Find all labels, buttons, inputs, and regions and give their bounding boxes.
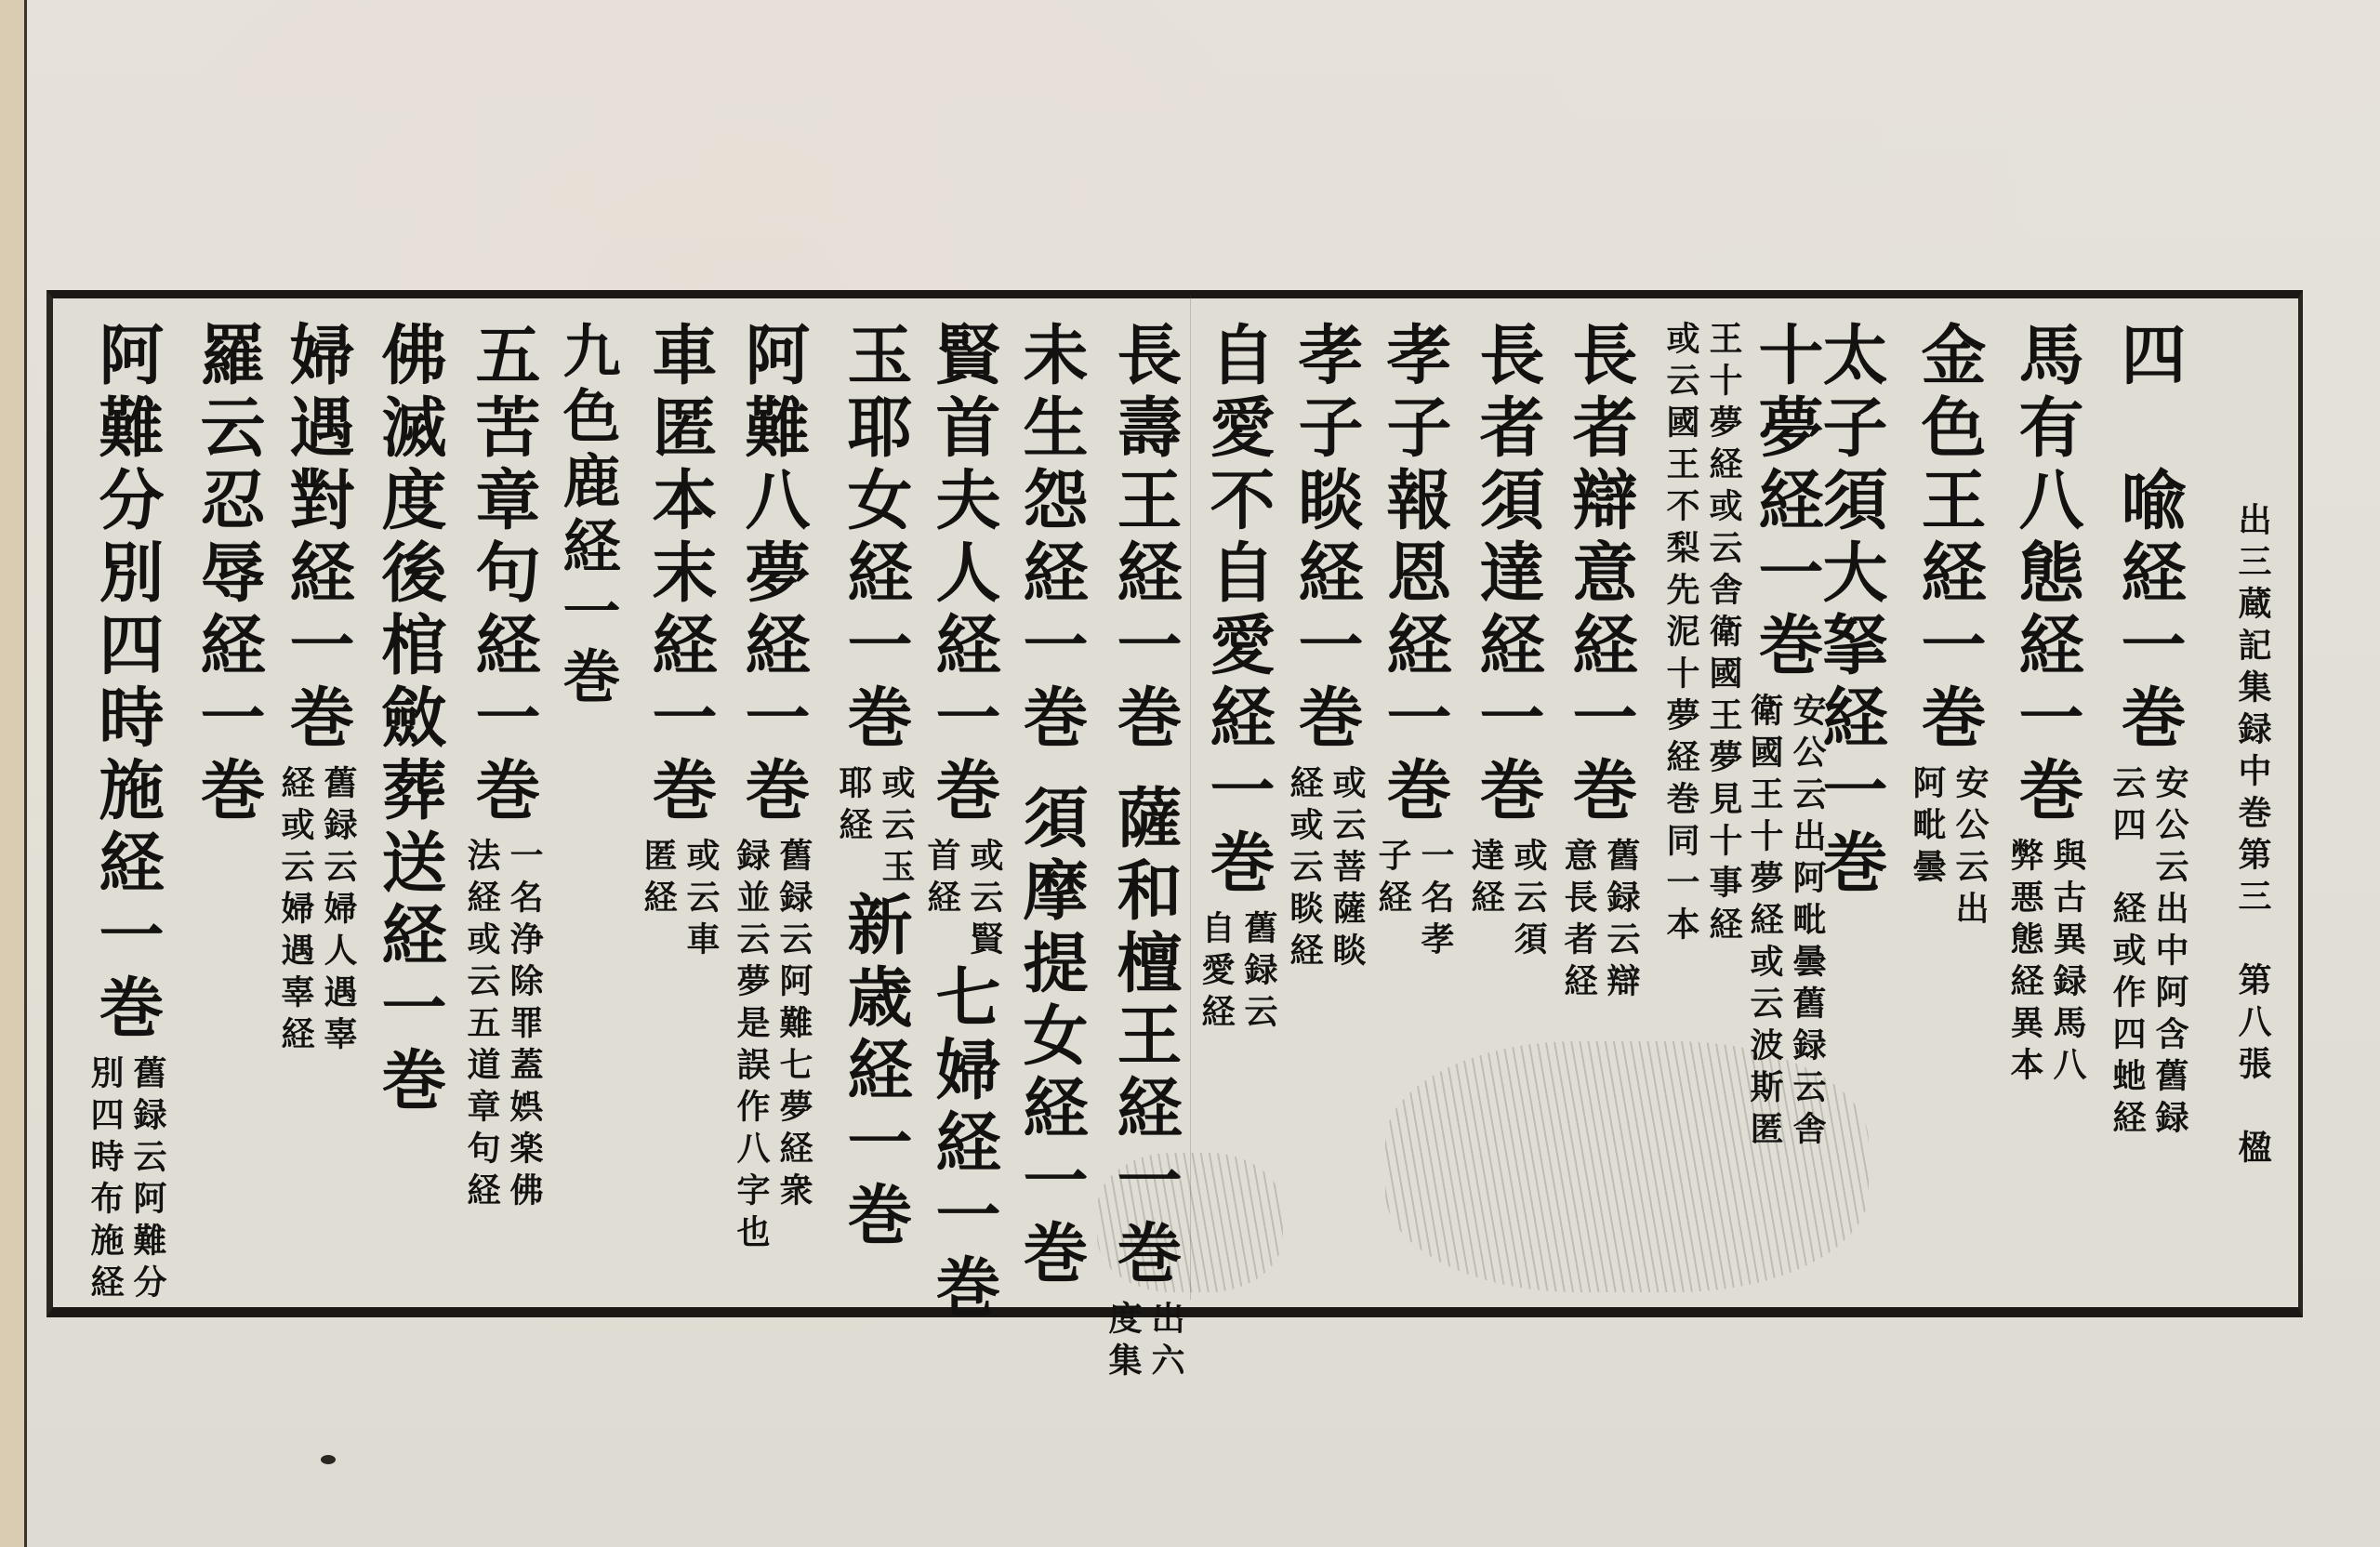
entry-note: 與古異録馬八 <box>2051 838 2084 1089</box>
entry-title: 阿難分別四時施経一巻 <box>94 321 159 1046</box>
entry-title: 佛滅度後棺斂葬送経一巻 <box>377 321 442 1118</box>
entry-note: 舊録云阿難七夢経衆 <box>777 838 811 1256</box>
entry-title: 七婦経一巻 <box>931 963 996 1326</box>
catalog-entry: 九色鹿経一巻 <box>558 321 615 711</box>
catalog-entry: 孝子報恩経一巻 一名孝 子経 <box>1376 321 1452 963</box>
entry-title: 賢首夫人経一巻 <box>931 321 996 828</box>
entry-note: 王十夢経或云舎衛國王夢見十事経 <box>1707 321 1740 948</box>
entry-note: 耶経 <box>837 765 870 891</box>
catalog-entry: 婦遇對経一巻 舊録云婦人遇辜 経或云婦遇辜経 <box>279 321 355 1058</box>
catalog-entry: 自愛不自愛経一巻 舊録云 自愛経 <box>1199 321 1276 1036</box>
catalog-entry: 長者須達経一巻 或云須 達経 <box>1469 321 1545 963</box>
entry-note: 或云車 <box>684 838 718 963</box>
entry-note: 経或云睒経 <box>1288 765 1321 974</box>
catalog-entry: 太子須大拏経一巻 <box>1818 321 1883 901</box>
entry-title: 四𧍧喩経一巻 <box>2116 321 2181 756</box>
entry-note: 録並云夢是誤作八字也 <box>734 838 768 1256</box>
entry-note: 自愛経 <box>1199 910 1233 1036</box>
entry-note: 弊悪態経異本 <box>2008 838 2042 1089</box>
entry-note: 衛國王十夢経或云波斯匿 <box>1748 693 1781 1153</box>
entry-note: 別四時布施経 <box>88 1055 122 1306</box>
catalog-entry: 孝子睒経一巻 或云菩薩睒 経或云睒経 <box>1288 321 1364 974</box>
entry-note: 舊録云婦人遇辜 <box>322 765 355 1058</box>
entry-note: 首経 <box>925 838 959 963</box>
entry-title: 羅云忍辱経一巻 <box>195 321 260 828</box>
entry-title: 孝子睒経一巻 <box>1293 321 1358 756</box>
entry-title: 車匿本末経一巻 <box>647 321 712 828</box>
entry-note: 或云菩薩睒 <box>1330 765 1364 974</box>
entry-note: 安公云出阿毗曇舊録云舎 <box>1791 693 1824 1153</box>
catalog-entry: 馬有八態経一巻 與古異録馬八 弊悪態経異本 <box>2008 321 2084 1089</box>
scanned-page: 出三蔵記集録中巻第三 第八張 楹 四𧍧喩経一巻 安公云出中阿含舊録 云四𧍧経或作… <box>0 0 2380 1547</box>
catalog-entry: 長者辯意経一巻 舊録云辯 意長者経 <box>1562 321 1638 1005</box>
entry-title: 自愛不自愛経一巻 <box>1205 321 1270 901</box>
entry-note: 度集 <box>1106 1301 1140 1384</box>
entry-note: 或云國王不梨先泥十夢経巻同一本 <box>1664 321 1698 948</box>
entry-title: 須摩提女経一巻 <box>1018 784 1083 1291</box>
entry-title: 長壽王経一巻 <box>1112 321 1177 756</box>
catalog-entry: 十夢経一巻 安公云出阿毗曇舊録云舎 衛國王十夢経或云波斯匿 王十夢経或云舎衛國王… <box>1664 321 1824 1153</box>
entry-note: 或云玉 <box>879 765 913 891</box>
entry-title: 新歳経一巻 <box>842 891 907 1253</box>
entry-title: 未生怨経一巻 <box>1018 321 1083 756</box>
catalog-entry: 阿難分別四時施経一巻 舊録云阿難分 別四時布施経 <box>88 321 165 1306</box>
entry-title: 馬有八態経一巻 <box>2014 321 2079 828</box>
entry-note: 一名浄除罪蓋娯楽佛 <box>508 838 541 1214</box>
entry-note: 出六 <box>1149 1301 1183 1384</box>
entry-title: 九色鹿経一巻 <box>558 321 615 711</box>
entry-note: 舊録云阿難分 <box>131 1055 165 1306</box>
catalog-entry: 長壽王経一巻 薩和檀王経一巻 出六 度集 <box>1106 321 1183 1384</box>
catalog-entry: 車匿本末経一巻 或云車 匿経 <box>641 321 718 963</box>
catalog-entry: 羅云忍辱経一巻 <box>195 321 260 828</box>
entry-note: 或云賢 <box>968 838 1001 963</box>
entry-note: 云四𧍧経或作四虵経 <box>2110 765 2144 1142</box>
margin-note: 出三蔵記集録中巻第三 第八張 楹 <box>2236 502 2269 1171</box>
entry-title: 五苦章句経一巻 <box>470 321 535 828</box>
entry-note: 安公云出中阿含舊録 <box>2153 765 2187 1142</box>
entry-title: 長者須達経一巻 <box>1474 321 1540 828</box>
entry-note: 阿毗曇 <box>1911 765 1944 932</box>
entry-note: 匿経 <box>641 838 675 963</box>
entry-note: 安公云出 <box>1953 765 1987 932</box>
entry-note: 子経 <box>1376 838 1409 963</box>
entry-note: 経或云婦遇辜経 <box>279 765 312 1058</box>
catalog-entry: 阿難八夢経一巻 舊録云阿難七夢経衆 録並云夢是誤作八字也 <box>734 321 811 1256</box>
entry-title: 太子須大拏経一巻 <box>1818 321 1883 901</box>
entry-title: 十夢経一巻 <box>1753 321 1818 683</box>
catalog-entry: 佛滅度後棺斂葬送経一巻 <box>377 321 442 1118</box>
catalog-entry: 五苦章句経一巻 一名浄除罪蓋娯楽佛 法経或云五道章句経 <box>465 321 541 1214</box>
entry-title: 玉耶女経一巻 <box>842 321 907 756</box>
catalog-entry: 玉耶女経一巻 或云玉 耶経 新歳経一巻 <box>837 321 913 1253</box>
entry-title: 金色王経一巻 <box>1916 321 1981 756</box>
catalog-entry: 四𧍧喩経一巻 安公云出中阿含舊録 云四𧍧経或作四虵経 <box>2110 321 2187 1142</box>
entry-title: 阿難八夢経一巻 <box>740 321 805 828</box>
entry-note: 或云須 <box>1512 838 1545 963</box>
book-gutter-edge <box>0 0 27 1547</box>
entry-title: 孝子報恩経一巻 <box>1382 321 1447 828</box>
ink-blot <box>321 1455 336 1464</box>
entry-title: 婦遇對経一巻 <box>284 321 350 756</box>
entry-note: 舊録云 <box>1242 910 1276 1036</box>
catalog-entry: 賢首夫人経一巻 或云賢 首経 七婦経一巻 <box>925 321 1001 1326</box>
entry-title: 薩和檀王経一巻 <box>1112 784 1177 1291</box>
entry-note: 達経 <box>1469 838 1502 963</box>
entry-note: 法経或云五道章句経 <box>465 838 498 1214</box>
entry-note: 意長者経 <box>1562 838 1595 1005</box>
entry-title: 長者辯意経一巻 <box>1567 321 1633 828</box>
fold-line <box>1190 296 1191 1300</box>
catalog-entry: 金色王経一巻 安公云出 阿毗曇 <box>1911 321 1987 932</box>
entry-note: 一名孝 <box>1419 838 1452 963</box>
entry-note: 舊録云辯 <box>1605 838 1638 1005</box>
catalog-entry: 未生怨経一巻 須摩提女経一巻 <box>1018 321 1083 1291</box>
